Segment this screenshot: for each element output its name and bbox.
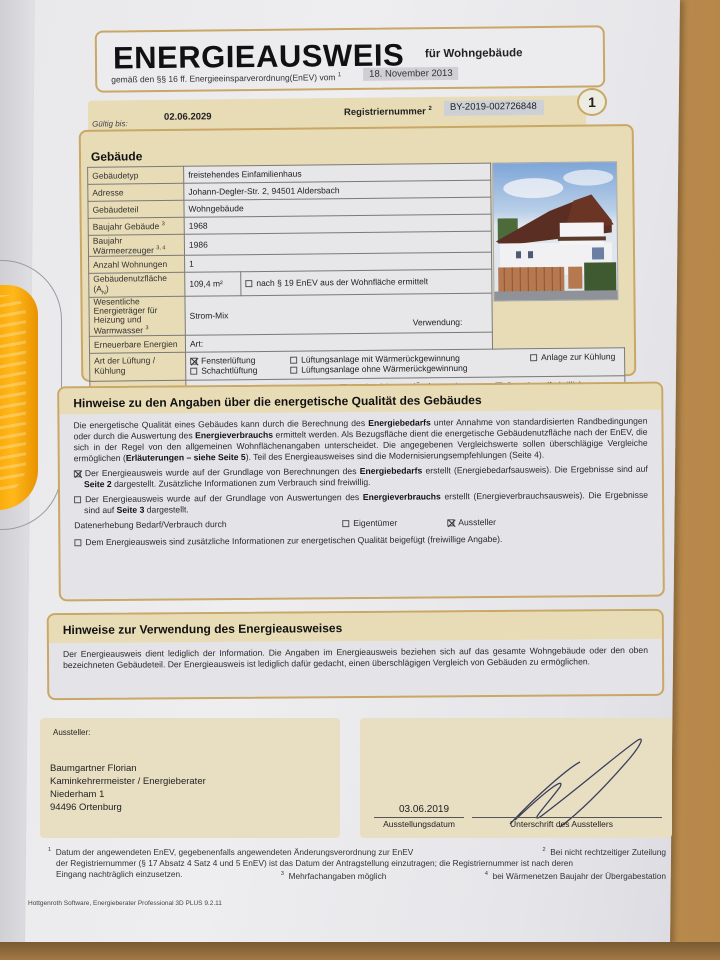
signature-box: 03.06.2019 Ausstellungsdatum Unterschrif… [360, 718, 672, 838]
building-section: Gebäude Gebäudetypfreistehendes Einfamil… [79, 124, 637, 382]
usage-notes-text: Der Energieausweis dient lediglich der I… [63, 645, 648, 671]
usage-notes-section: Hinweise zur Verwendung des Energieauswe… [47, 609, 665, 700]
house-image [493, 162, 618, 301]
footnotes: 1 Datum der angewendeten EnEV, gegebenen… [48, 845, 666, 882]
data-collection-row: Datenerhebung Bedarf/Verbrauch durch Eig… [74, 516, 648, 532]
area-checkbox[interactable] [245, 280, 252, 287]
area-option[interactable]: nach § 19 EnEV aus der Wohnfläche ermitt… [241, 269, 492, 295]
software-credit: Hottgenroth Software, Energieberater Pro… [28, 900, 222, 907]
checkbox-checked [190, 358, 197, 365]
registration-number: BY-2019-002726848 [444, 100, 544, 116]
building-photo [492, 161, 618, 301]
issuer-box: Aussteller: Baumgartner Florian Kaminkeh… [40, 718, 340, 838]
document-subtitle: für Wohngebäude [425, 47, 523, 60]
valid-until-label: Gültig bis: [92, 119, 128, 128]
option-schachtlueftung[interactable]: Schachtlüftung [190, 365, 280, 376]
binder-clip [0, 285, 38, 510]
signature-label: Unterschrift des Ausstellers [510, 819, 613, 829]
option-eigentuemer[interactable]: Eigentümer [342, 517, 447, 529]
issue-date-label: Ausstellungsdatum [374, 819, 464, 829]
issuer-label: Aussteller: [53, 728, 90, 737]
valid-until-value: 02.06.2029 [164, 111, 212, 122]
law-date: 18. November 2013 [363, 67, 459, 81]
quality-notes-title: Hinweise zu den Angaben über die energet… [73, 392, 647, 411]
option-additional-info[interactable]: Dem Energieausweis sind zusätzliche Info… [74, 533, 648, 549]
option-aussteller[interactable]: Aussteller [447, 517, 496, 528]
renewable-use-label: Verwendung: [413, 317, 463, 328]
building-section-title: Gebäude [91, 149, 143, 164]
date-line [374, 817, 464, 818]
issuer-street: Niederham 1 [50, 788, 206, 801]
quality-intro: Die energetische Qualität eines Gebäudes… [73, 416, 647, 465]
signature-line [472, 817, 662, 818]
quality-notes-section: Hinweise zu den Angaben über die energet… [57, 382, 665, 602]
law-reference: gemäß den §§ 16 ff. Energieeinsparverord… [111, 72, 341, 84]
desk-edge [0, 942, 720, 960]
issuer-city: 94496 Ortenburg [50, 801, 206, 814]
usage-notes-title: Hinweise zur Verwendung des Energieauswe… [63, 619, 648, 637]
issue-date: 03.06.2019 [384, 804, 464, 815]
registration-label: Registriernummer 2 [344, 106, 432, 118]
option-consumption-certificate[interactable]: Der Energieausweis wurde auf der Grundla… [74, 490, 648, 517]
issuer-title: Kaminkehrermeister / Energieberater [50, 775, 206, 788]
page-number-badge: 1 [577, 88, 607, 116]
option-kuehlung[interactable]: Anlage zur Kühlung [530, 351, 620, 372]
checkbox-checked [74, 470, 81, 477]
issuer-name: Baumgartner Florian [50, 762, 206, 775]
option-demand-certificate[interactable]: Der Energieausweis wurde auf der Grundla… [74, 464, 648, 491]
option-lueftung-ohne-wrg[interactable]: Lüftungsanlage ohne Wärmerückgewinnung [290, 362, 520, 374]
title-box: ENERGIEAUSWEIS für Wohngebäude gemäß den… [95, 25, 606, 92]
document-title: ENERGIEAUSWEIS [113, 37, 405, 76]
checkbox-checked [447, 519, 454, 526]
